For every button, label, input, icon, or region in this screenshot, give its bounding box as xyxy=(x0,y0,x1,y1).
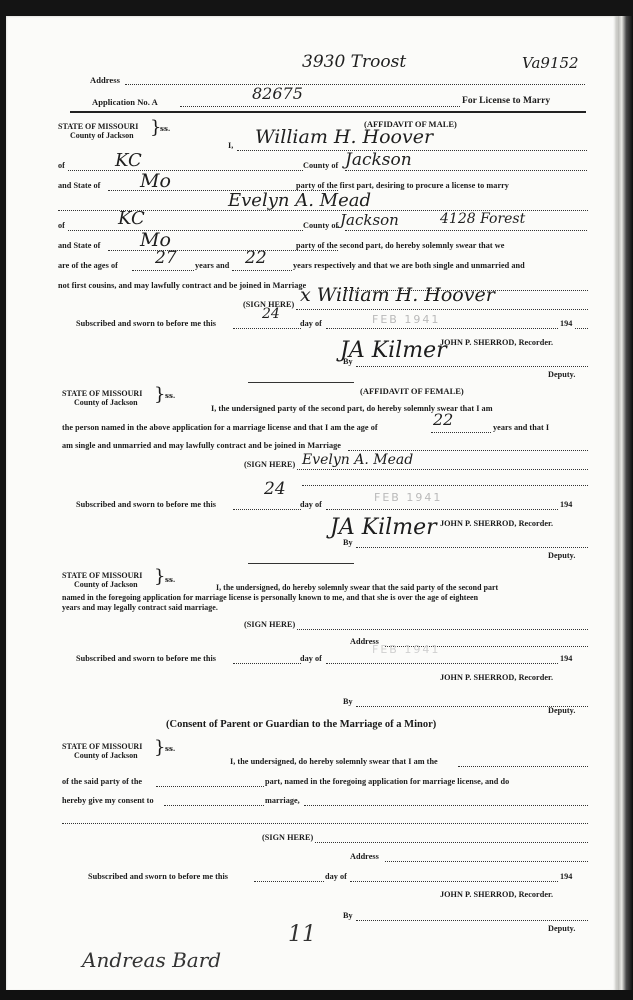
second-party-text: party of the second part, do hereby sole… xyxy=(296,241,504,250)
female-affidavit-heading: (AFFIDAVIT OF FEMALE) xyxy=(360,386,464,396)
witness-day-of: day of xyxy=(300,654,322,663)
witness-day-line xyxy=(233,663,301,664)
female-sign-label: (SIGN HERE) xyxy=(244,460,295,469)
male-day-line xyxy=(233,328,301,329)
address-line xyxy=(125,84,585,85)
first-party-text: party of the first part, desiring to pro… xyxy=(296,181,509,190)
address-note: Va9152 xyxy=(522,54,579,72)
female-age-line xyxy=(431,432,491,433)
venue-ss: ss. xyxy=(165,575,175,584)
female-line2-prefix: the person named in the above applicatio… xyxy=(62,423,378,432)
venue-block: STATE OF MISSOURI County of Jackson xyxy=(62,389,142,407)
consent-line2-prefix: of the said party of the xyxy=(62,777,142,786)
consent-line3-suffix: marriage, xyxy=(265,796,300,805)
brace: } xyxy=(154,568,165,586)
female-deputy-label: Deputy. xyxy=(548,551,575,560)
bride-name: Evelyn A. Mead xyxy=(228,190,371,211)
female-sworn-label: Subscribed and sworn to before me this xyxy=(76,500,216,509)
male-year-line xyxy=(575,328,588,329)
male-deputy-line xyxy=(356,366,588,367)
female-line3: am single and unmarried and may lawfully… xyxy=(62,441,341,450)
consent-line2-suffix: part, named in the foregoing application… xyxy=(265,777,509,786)
bride-city-line xyxy=(68,230,303,231)
witness-line3: years and may legally contract said marr… xyxy=(62,603,218,612)
i-label: I, xyxy=(228,141,233,150)
bride-address: 4128 Forest xyxy=(440,211,525,227)
male-month-line xyxy=(326,328,558,329)
city-line xyxy=(68,170,303,171)
witness-sworn-label: Subscribed and sworn to before me this xyxy=(76,654,216,663)
venue-state: STATE OF MISSOURI xyxy=(58,122,138,131)
male-deputy-label: Deputy. xyxy=(548,370,575,379)
witness-by-label: By xyxy=(343,697,353,706)
groom-county: Jackson xyxy=(345,150,412,170)
application-label: Application No. A xyxy=(92,97,158,107)
divider xyxy=(248,382,354,383)
consent-day-of: day of xyxy=(325,872,347,881)
venue-county: County of Jackson xyxy=(62,751,142,760)
consent-day-line xyxy=(254,881,324,882)
female-recorder: JOHN P. SHERROD, Recorder. xyxy=(440,519,553,528)
age-male: 27 xyxy=(155,248,177,268)
venue-state: STATE OF MISSOURI xyxy=(62,571,142,580)
consent-line3-prefix: hereby give my consent to xyxy=(62,796,154,805)
consent-heading: (Consent of Parent or Guardian to the Ma… xyxy=(166,719,436,730)
venue-block: STATE OF MISSOURI County of Jackson xyxy=(62,571,142,589)
male-sworn-day: 24 xyxy=(262,306,280,322)
male-recorder: JOHN P. SHERROD, Recorder. xyxy=(440,338,553,347)
female-line2-suffix: years and that I xyxy=(493,423,549,432)
age-female: 22 xyxy=(245,248,267,268)
county-line xyxy=(345,170,587,171)
venue-ss: ss. xyxy=(165,744,175,753)
bride-county-line xyxy=(345,230,587,231)
witness-recorder: JOHN P. SHERROD, Recorder. xyxy=(440,673,553,682)
witness-line2: named in the foregoing application for m… xyxy=(62,593,478,602)
name-line xyxy=(237,150,587,151)
scan-edge xyxy=(618,16,633,1000)
bride-state-label: and State of xyxy=(58,241,100,250)
venue-county: County of Jackson xyxy=(62,398,142,407)
brace: } xyxy=(154,386,165,404)
witness-line1: I, the undersigned, do hereby solemnly s… xyxy=(216,583,498,592)
male-date-stamp: FEB 1941 xyxy=(372,313,440,326)
consent-by-label: By xyxy=(343,911,353,920)
female-date-stamp: FEB 1941 xyxy=(374,491,442,504)
venue-block: STATE OF MISSOURI County of Jackson xyxy=(62,742,142,760)
bride-signature: Evelyn A. Mead xyxy=(302,452,413,468)
consent-sworn-label: Subscribed and sworn to before me this xyxy=(88,872,228,881)
groom-city: KC xyxy=(115,150,142,171)
consent-blank-line xyxy=(62,823,588,824)
license-label: For License to Marry xyxy=(462,96,550,106)
address-label: Address xyxy=(90,75,120,85)
witness-sign-label: (SIGN HERE) xyxy=(244,620,295,629)
female-year: 194 xyxy=(560,500,572,509)
male-sworn-label: Subscribed and sworn to before me this xyxy=(76,319,216,328)
application-line xyxy=(180,106,460,107)
female-day-of: day of xyxy=(300,500,322,509)
address-value: 3930 Troost xyxy=(302,52,406,72)
male-day-of: day of xyxy=(300,319,322,328)
consent-deputy-label: Deputy. xyxy=(548,924,575,933)
witness-month-line xyxy=(326,663,558,664)
female-sign-line xyxy=(297,469,588,470)
witness-date-stamp: FEB 1941 xyxy=(372,643,440,656)
consent-address-label: Address xyxy=(350,852,379,861)
female-deputy-signature: JA Kilmer xyxy=(330,515,437,540)
ages-suffix: years respectively and that we are both … xyxy=(293,261,525,270)
age-female-line xyxy=(232,270,292,271)
groom-name: William H. Hoover xyxy=(255,126,433,148)
consent-line3-dots xyxy=(304,805,588,806)
witness-sign-line xyxy=(297,629,588,630)
male-deputy-signature: JA Kilmer xyxy=(340,338,447,363)
application-number: 82675 xyxy=(252,84,303,103)
witness-deputy-label: Deputy. xyxy=(548,706,575,715)
page-mark: 11 xyxy=(288,922,316,947)
consent-relation-line xyxy=(458,766,588,767)
ages-prefix: are of the ages of xyxy=(58,261,118,270)
female-sworn-day: 24 xyxy=(264,479,286,499)
female-blank-line xyxy=(302,485,588,486)
ages-mid: years and xyxy=(195,261,229,270)
bride-county: Jackson xyxy=(340,211,399,229)
venue-ss: ss. xyxy=(160,124,170,133)
age-male-line xyxy=(132,270,194,271)
venue-state: STATE OF MISSOURI xyxy=(62,389,142,398)
county-label: County of xyxy=(303,161,338,170)
consent-sign-line xyxy=(315,842,588,843)
bride-city: KC xyxy=(118,208,145,229)
consent-party-line xyxy=(156,786,264,787)
venue-county: County of Jackson xyxy=(58,131,138,140)
state-label: and State of xyxy=(58,181,100,190)
consent-deputy-line xyxy=(356,920,588,921)
divider xyxy=(70,111,586,113)
male-year: 194 xyxy=(560,319,572,328)
female-day-line xyxy=(233,509,301,510)
female-deputy-line xyxy=(356,547,588,548)
of-label: of xyxy=(58,161,65,170)
bride-county-label: County of xyxy=(303,221,338,230)
female-age: 22 xyxy=(433,410,453,429)
brace: } xyxy=(154,739,165,757)
consent-line1: I, the undersigned, do hereby solemnly s… xyxy=(230,757,438,766)
scan-edge-bottom xyxy=(0,990,633,1000)
consent-month-line xyxy=(350,881,558,882)
groom-signature: x William H. Hoover xyxy=(300,284,495,306)
divider xyxy=(248,563,354,564)
groom-state: Mo xyxy=(140,170,171,192)
female-line3-dots xyxy=(348,450,588,451)
witness-year: 194 xyxy=(560,654,572,663)
consent-name-line xyxy=(164,805,264,806)
venue-block: STATE OF MISSOURI County of Jackson xyxy=(58,122,138,140)
venue-county: County of Jackson xyxy=(62,580,142,589)
consent-year: 194 xyxy=(560,872,572,881)
venue-state: STATE OF MISSOURI xyxy=(62,742,142,751)
cousins-text: not first cousins, and may lawfully cont… xyxy=(58,281,306,290)
consent-sign-label: (SIGN HERE) xyxy=(262,833,313,842)
bride-of-label: of xyxy=(58,221,65,230)
consent-recorder: JOHN P. SHERROD, Recorder. xyxy=(440,890,553,899)
female-month-line xyxy=(326,509,558,510)
consent-address-line xyxy=(385,861,588,862)
clerk-signature: Andreas Bard xyxy=(82,948,221,972)
male-sign-line xyxy=(296,309,588,310)
venue-ss: ss. xyxy=(165,391,175,400)
